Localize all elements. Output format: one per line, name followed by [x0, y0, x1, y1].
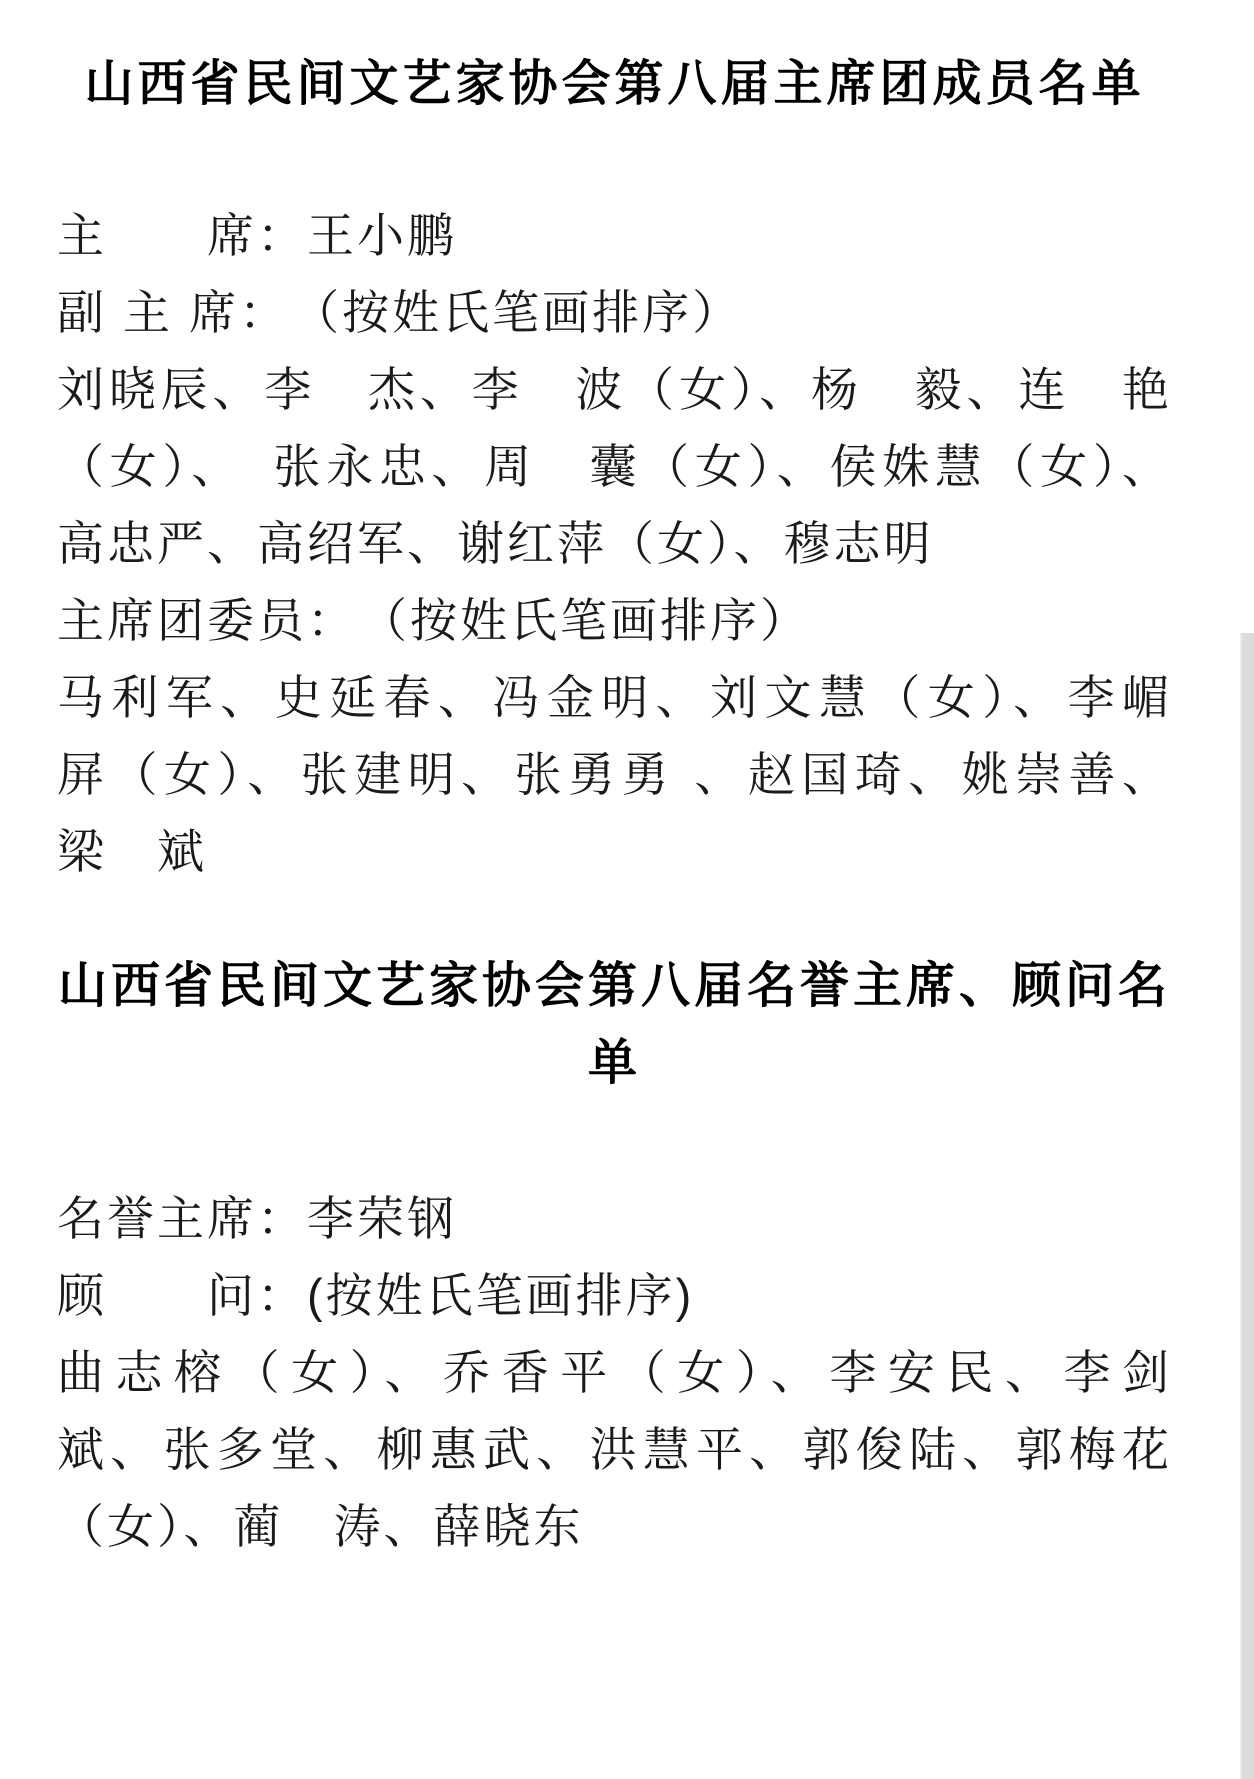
section2-title: 山西省民间文艺家协会第八届名誉主席、顾问名 单	[57, 948, 1172, 1102]
line-presidium-members-3: 梁 斌	[57, 813, 1172, 890]
line-advisors-1: 曲志榕（女）、乔香平（女）、李安民、李剑	[57, 1334, 1172, 1411]
line-vice-chairmen-2: （女）、 张永忠、周 囊（女）、侯姝慧（女）、	[57, 428, 1172, 505]
line-presidium-members-1: 马利军、史延春、冯金明、刘文慧（女）、李嵋	[57, 659, 1172, 736]
scrollbar[interactable]	[1240, 633, 1254, 1779]
section1-title: 山西省民间文艺家协会第八届主席团成员名单	[57, 46, 1172, 123]
line-advisors-label: 顾 问：(按姓氏笔画排序)	[57, 1257, 1172, 1334]
line-honorary-chairman: 名誉主席：李荣钢	[57, 1180, 1172, 1257]
line-advisors-2: 斌、张多堂、柳惠武、洪慧平、郭俊陆、郭梅花	[57, 1411, 1172, 1488]
section2-title-line2: 单	[57, 1025, 1172, 1102]
document-page: 山西省民间文艺家协会第八届主席团成员名单 主 席：王小鹏 副 主 席： （按姓氏…	[0, 0, 1254, 1779]
line-vice-chairman-label: 副 主 席： （按姓氏笔画排序）	[57, 274, 1172, 351]
line-presidium-members-2: 屏（女）、张建明、张勇勇 、赵国琦、姚崇善、	[57, 736, 1172, 813]
section2-title-line1: 山西省民间文艺家协会第八届名誉主席、顾问名	[57, 948, 1172, 1025]
line-advisors-3: （女）、蔺 涛、薛晓东	[57, 1488, 1172, 1565]
document-content: 山西省民间文艺家协会第八届主席团成员名单 主 席：王小鹏 副 主 席： （按姓氏…	[0, 0, 1254, 1565]
line-chairman: 主 席：王小鹏	[57, 197, 1172, 274]
line-presidium-label: 主席团委员： （按姓氏笔画排序）	[57, 582, 1172, 659]
line-vice-chairmen-1: 刘晓辰、李 杰、李 波（女）、杨 毅、连 艳	[57, 351, 1172, 428]
line-vice-chairmen-3: 高忠严、高绍军、谢红萍（女）、穆志明	[57, 505, 1172, 582]
